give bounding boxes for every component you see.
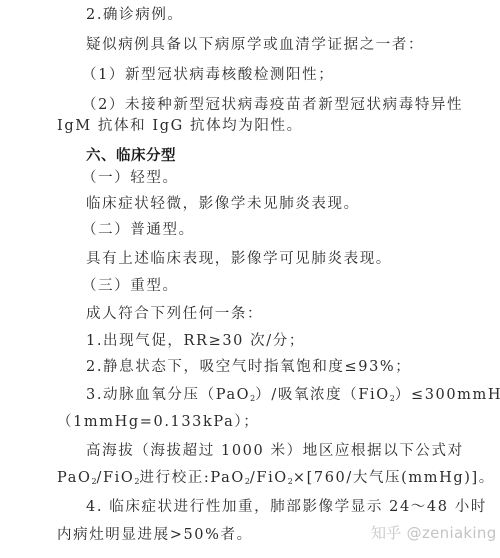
severe-criterion-4: 4. 临床症状进行性加重，肺部影像学显示 24～48 小时 [86, 498, 487, 516]
formula-part: PaO [57, 470, 91, 486]
criterion-1: （1）新型冠状病毒核酸检测阳性； [82, 66, 334, 84]
subheading-severe: （三）重型。 [82, 277, 179, 295]
unit-conversion-note: （1mmHg=0.133kPa）； [57, 413, 259, 431]
high-altitude-formula: PaO2/FiO2进行校正:PaO2/FiO2×[760/大气压(mmHg)]。 [57, 469, 495, 491]
severe-criterion-3: 3.动脉血氧分压（PaO2）/吸氧浓度（FiO2）≤300mmHg [86, 386, 500, 408]
severe-criterion-2: 2.静息状态下，吸空气时指氧饱和度≤93%； [86, 358, 411, 376]
criterion-3-part-c: ）≤300mmHg [395, 387, 500, 403]
criterion-3-part-a: 3.动脉血氧分压（PaO [86, 387, 250, 403]
criterion-3-part-b: ）/吸氧浓度（FiO [255, 387, 389, 403]
mild-description: 临床症状轻微，影像学未见肺炎表现。 [86, 195, 360, 213]
formula-part: /FiO [250, 470, 288, 486]
severe-criteria-intro: 成人符合下列任何一条： [86, 305, 263, 323]
moderate-description: 具有上述临床表现，影像学可见肺炎表现。 [86, 250, 392, 268]
confirmed-case-heading: 2.确诊病例。 [86, 6, 184, 24]
high-altitude-note: 高海拔（海拔超过 1000 米）地区应根据以下公式对 [86, 442, 464, 460]
formula-part: /FiO [97, 470, 135, 486]
criterion-2-continuation: IgM 抗体和 IgG 抗体均为阳性。 [57, 117, 303, 135]
subheading-moderate: （二）普通型。 [82, 221, 195, 239]
confirmed-case-criteria-intro: 疑似病例具备以下病原学或血清学证据之一者： [86, 36, 424, 54]
severe-criterion-1: 1.出现气促，RR≥30 次/分； [86, 332, 305, 350]
section-heading-clinical-classification: 六、临床分型 [86, 147, 176, 165]
severe-criterion-4-continuation: 内病灶明显进展>50%者。 [57, 526, 253, 544]
formula-part: 进行校正:PaO [140, 470, 245, 486]
formula-part: ×[760/大气压(mmHg)]。 [293, 470, 495, 486]
subheading-mild: （一）轻型。 [82, 169, 179, 187]
criterion-2: （2）未接种新型冠状病毒疫苗者新型冠状病毒特异性 [82, 96, 463, 114]
zhihu-watermark: 知乎 @zeniaking [371, 522, 497, 543]
